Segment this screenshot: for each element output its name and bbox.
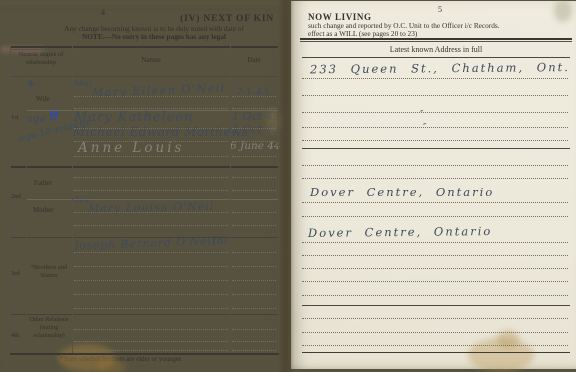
dotted-writing-line: [232, 96, 276, 97]
dotted-writing-line: [232, 341, 276, 342]
address-rule-line: [300, 41, 572, 42]
dotted-writing-line: [232, 329, 276, 330]
table-rule-line: [10, 49, 279, 50]
dotted-address-line: [302, 345, 568, 346]
table-column-line: [230, 46, 231, 353]
address-rule-line: [300, 38, 572, 40]
dotted-writing-line: [232, 108, 276, 109]
table-rule-line: [10, 166, 279, 168]
dotted-writing-line: [232, 212, 276, 213]
address-rule-line: [302, 57, 570, 58]
dotted-writing-line: [74, 108, 228, 109]
child-name-1: Mary Katheleen: [74, 110, 193, 125]
paper-stain: [96, 360, 126, 372]
dotted-writing-line: [74, 177, 228, 178]
dotted-address-line: [302, 78, 568, 79]
dotted-writing-line: [232, 308, 276, 309]
dotted-writing-line: [232, 350, 276, 351]
dotted-writing-line: [74, 212, 228, 213]
dotted-writing-line: [232, 252, 276, 253]
table-rule-line: [10, 76, 279, 77]
address-rule-line: [302, 148, 570, 149]
dotted-writing-line: [74, 225, 228, 226]
table-rule-line: [10, 353, 279, 355]
table-rule-line: [10, 314, 279, 315]
left-page-number: 4: [88, 8, 118, 17]
dotted-address-line: [302, 140, 568, 141]
table-column-line: [26, 76, 27, 353]
dotted-writing-line: [74, 190, 228, 191]
dotted-address-line: [302, 255, 568, 256]
dotted-address-line: [302, 242, 568, 243]
address-column-header: Latest known Address in full: [300, 45, 572, 54]
dotted-address-line: [302, 216, 568, 217]
address-entry-3: Dover Centre, Ontario: [308, 224, 492, 240]
dotted-writing-line: [74, 329, 228, 330]
dotted-address-line: [302, 95, 568, 96]
dotted-address-line: [302, 332, 568, 333]
row-label-mother: Mother: [33, 206, 54, 214]
left-note-line2: NOTE.—No entry in these pages has any le…: [34, 32, 274, 41]
wife-name-prefix: (Mrs): [72, 80, 92, 88]
dotted-writing-line: [232, 156, 276, 157]
right-page-number: 5: [425, 5, 455, 14]
table-rule-line: [10, 46, 279, 48]
ditto-mark: ″: [423, 123, 426, 133]
table-rule-line: [26, 199, 279, 200]
service-book-spread: 4 (IV) NEXT OF KIN Any change becoming k…: [0, 0, 576, 372]
dotted-writing-line: [74, 252, 228, 253]
dotted-writing-line: [232, 128, 276, 129]
dotted-writing-line: [74, 294, 228, 295]
row-label-siblings: *Brothers and Sisters: [27, 264, 71, 280]
address-entry-1: 233 Queen St., Chatham, Ont. Can.: [310, 60, 576, 77]
dotted-writing-line: [232, 177, 276, 178]
left-section-title: (IV) NEXT OF KIN: [140, 14, 274, 24]
dotted-address-line: [302, 295, 568, 296]
column-header-relationship: Nearest degree of relationship: [11, 51, 71, 67]
dotted-writing-line: [232, 294, 276, 295]
dotted-writing-line: [74, 128, 228, 129]
dotted-writing-line: [232, 225, 276, 226]
dotted-address-line: [302, 127, 568, 128]
child-name-3: Anne Louis: [78, 140, 184, 156]
address-rule-line: [302, 352, 570, 353]
dotted-writing-line: [232, 266, 276, 267]
table-column-line: [72, 46, 73, 353]
ordinal-3rd: 3rd: [11, 270, 20, 277]
dotted-address-line: [302, 281, 568, 282]
age-note-word: age: [26, 112, 46, 125]
address-entry-2: Dover Centre, Ontario: [310, 185, 494, 199]
dotted-writing-line: [74, 280, 228, 281]
dotted-address-line: [302, 202, 568, 203]
dotted-writing-line: [74, 156, 228, 157]
dotted-writing-line: [74, 266, 228, 267]
row-label-other-relations: Other Relations (stating relationship): [27, 316, 71, 339]
table-column-line: [278, 46, 279, 353]
table-column-line: [10, 46, 11, 353]
dotted-writing-line: [74, 141, 228, 142]
book-gutter: [277, 0, 294, 372]
dotted-writing-line: [74, 308, 228, 309]
dotted-writing-line: [74, 341, 228, 342]
row-label-wife: Wife: [36, 95, 50, 103]
dotted-address-line: [302, 268, 568, 269]
dotted-writing-line: [74, 350, 228, 351]
dotted-address-line: [302, 178, 568, 179]
row-label-father: Father: [34, 179, 52, 187]
dotted-address-line: [302, 165, 568, 166]
dotted-writing-line: [232, 280, 276, 281]
dotted-writing-line: [74, 96, 228, 97]
column-header-names: Names: [72, 56, 230, 64]
dotted-writing-line: [232, 141, 276, 142]
dotted-address-line: [302, 112, 568, 113]
ordinal-4th: 4th: [11, 332, 19, 339]
dotted-writing-line: [232, 190, 276, 191]
dotted-address-line: [302, 318, 568, 319]
address-rule-line: [302, 305, 570, 306]
table-rule-line: [10, 237, 279, 238]
right-note-line2: effect as a WILL (see pages 20 to 23): [308, 29, 417, 38]
paper-stain: [554, 0, 572, 22]
ordinal-1st: 1st: [11, 114, 19, 121]
table-rule-line: [26, 110, 279, 111]
column-header-date: Date: [230, 56, 278, 64]
ordinal-2nd: 2nd: [11, 193, 21, 200]
